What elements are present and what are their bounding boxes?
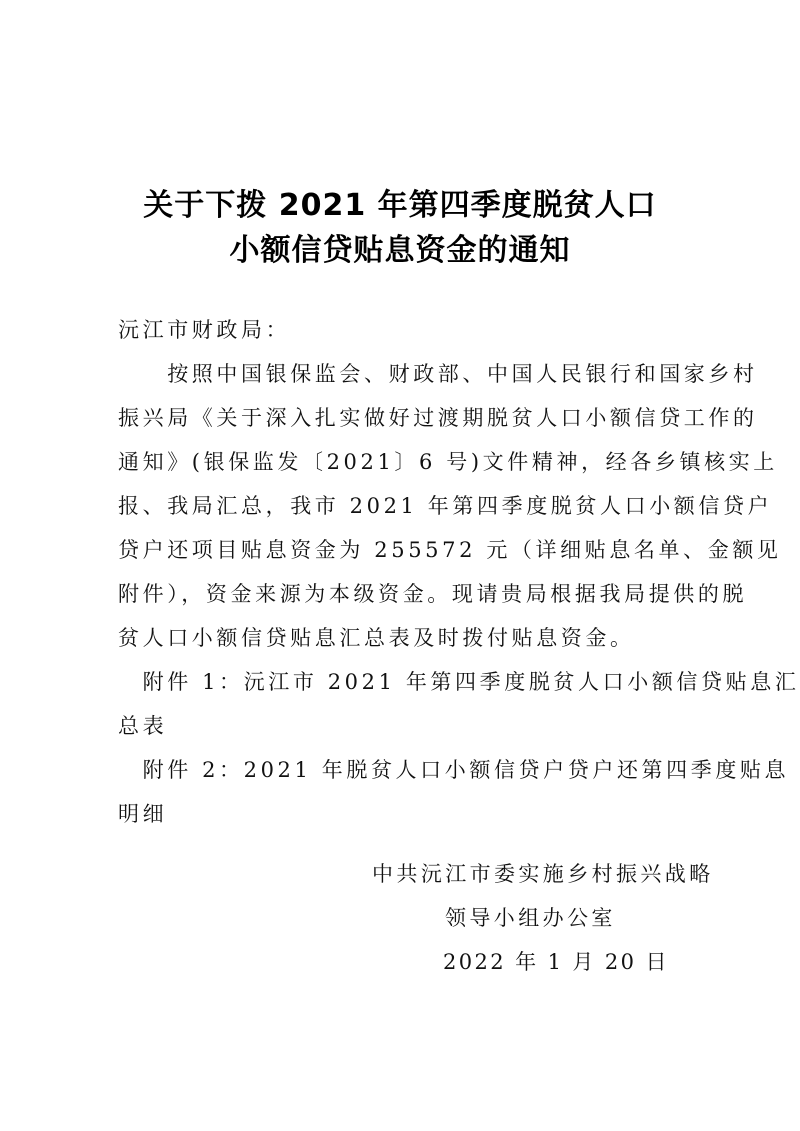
- body-line-6: 附件），资金来源为本级资金。现请贵局根据我局提供的脱: [118, 579, 688, 609]
- body-line-4: 报、我局汇总，我市 2021 年第四季度脱贫人口小额信贷户: [118, 491, 688, 521]
- body-line-7: 贫人口小额信贷贴息汇总表及时拨付贴息资金。: [118, 623, 688, 653]
- signature-org-line-1: 中共沅江市委实施乡村振兴战略: [372, 859, 714, 889]
- attachment-1-line-2: 总表: [118, 711, 688, 741]
- document-page: 关于下拨 2021 年第四季度脱贫人口 小额信贷贴息资金的通知 沅江市财政局： …: [0, 0, 800, 1131]
- document-title-line-2: 小额信贷贴息资金的通知: [0, 231, 800, 271]
- attachment-1-line-1: 附件 1：沅江市 2021 年第四季度脱贫人口小额信贷贴息汇: [118, 667, 688, 697]
- body-line-3: 通知》(银保监发〔2021〕6 号)文件精神，经各乡镇核实上: [118, 447, 688, 477]
- signature-org-line-2: 领导小组办公室: [445, 903, 616, 933]
- attachment-2-line-1: 附件 2：2021 年脱贫人口小额信贷户贷户还第四季度贴息: [118, 755, 688, 785]
- signature-date: 2022 年 1 月 20 日: [443, 947, 669, 977]
- document-title-line-1: 关于下拨 2021 年第四季度脱贫人口: [0, 186, 800, 226]
- body-line-5: 贷户还项目贴息资金为 255572 元（详细贴息名单、金额见: [118, 535, 688, 565]
- addressee: 沅江市财政局：: [118, 315, 688, 345]
- body-line-2: 振兴局《关于深入扎实做好过渡期脱贫人口小额信贷工作的: [118, 403, 688, 433]
- attachment-2-line-2: 明细: [118, 799, 688, 829]
- body-line-1: 按照中国银保监会、财政部、中国人民银行和国家乡村: [118, 359, 688, 389]
